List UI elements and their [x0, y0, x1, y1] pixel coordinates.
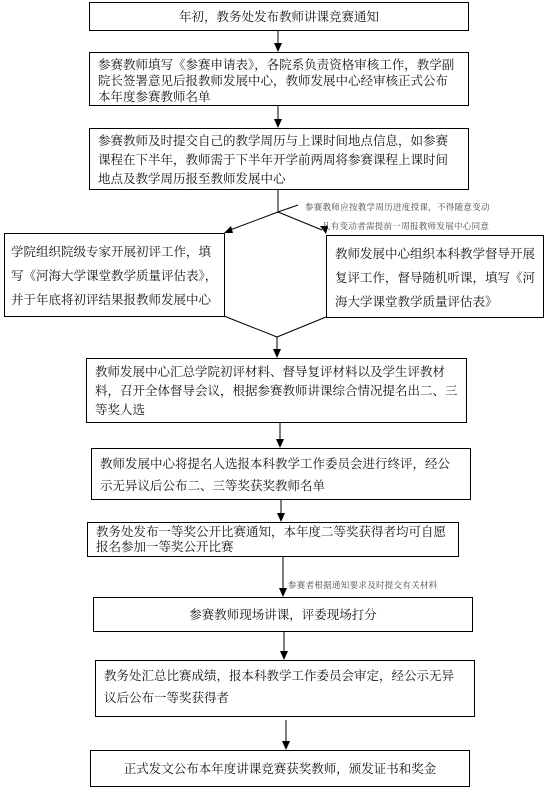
annotation-submit-materials: 参赛者根据通知要求及时提交有关材料 — [288, 579, 438, 591]
step-publish-winners: 正式发文公布本年度讲课竞赛获奖教师，颁发证书和奖金 — [90, 750, 470, 787]
step-application-review: 参赛教师填写《参赛申请表》，各院系负责资格审核工作，教学副院长签署意见后报教师发… — [89, 52, 469, 106]
step-text: 学院组织院级专家开展初评工作，填写《河海大学课堂教学质量评估表》，并于年底将初评… — [11, 244, 217, 307]
step-text: 教师发展中心汇总学院初评材料、督导复评材料以及学生评教材料，召开全体督导会议，根… — [95, 364, 458, 417]
step-supervisor-re-review: 教师发展中心组织本科教学督导开展复评工作，督导随机听课，填写《河海大学课堂教学质… — [326, 235, 544, 318]
annotation-note-line2: 凡有变动者需提前一周报教师发展中心同意 — [322, 220, 489, 232]
step-text: 年初，教务处发布教师讲课竞赛通知 — [179, 6, 379, 27]
step-final-review: 教师发展中心将提名人选报本科教学工作委员会进行终评，经公示无异议后公布二、三等奖… — [91, 448, 471, 500]
step-text: 教务处汇总比赛成绩，报本科教学工作委员会审定，经公示无异议后公布一等奖获得者 — [104, 668, 454, 705]
step-first-prize-notice: 教务处发布一等奖公开比赛通知，本年度二等奖获得者均可自愿报名参加一等奖公开比赛 — [87, 522, 459, 557]
step-college-initial-review: 学院组织院级专家开展初评工作，填写《河海大学课堂教学质量评估表》，并于年底将初评… — [4, 233, 225, 317]
annotation-note-line1: 参赛教师应按教学周历进度授课，不得随意变动 — [305, 201, 490, 213]
step-nominate-candidates: 教师发展中心汇总学院初评材料、督导复评材料以及学生评教材料，召开全体督导会议，根… — [86, 358, 467, 423]
step-text: 参赛教师现场讲课，评委现场打分 — [189, 604, 377, 625]
step-announce-competition: 年初，教务处发布教师讲课竞赛通知 — [89, 2, 469, 31]
step-text: 教师发展中心将提名人选报本科教学工作委员会进行终评，经公示无异议后公布二、三等奖… — [100, 456, 450, 493]
step-text: 教务处发布一等奖公开比赛通知，本年度二等奖获得者均可自愿报名参加一等奖公开比赛 — [96, 524, 446, 554]
step-live-lecture: 参赛教师现场讲课，评委现场打分 — [93, 597, 473, 632]
step-summarize-results: 教务处汇总比赛成绩，报本科教学工作委员会审定，经公示无异议后公布一等奖获得者 — [95, 660, 475, 717]
step-text: 正式发文公布本年度讲课竞赛获奖教师，颁发证书和奖金 — [124, 758, 437, 779]
step-submit-calendar: 参赛教师及时提交自己的教学周历与上课时间地点信息，如参赛课程在下半年，教师需于下… — [89, 128, 469, 190]
step-text: 参赛教师及时提交自己的教学周历与上课时间地点信息，如参赛课程在下半年，教师需于下… — [98, 133, 448, 186]
step-text: 教师发展中心组织本科教学督导开展复评工作，督导随机听课，填写《河海大学课堂教学质… — [335, 246, 535, 309]
step-text: 参赛教师填写《参赛申请表》，各院系负责资格审核工作，教学副院长签署意见后报教师发… — [98, 57, 454, 104]
